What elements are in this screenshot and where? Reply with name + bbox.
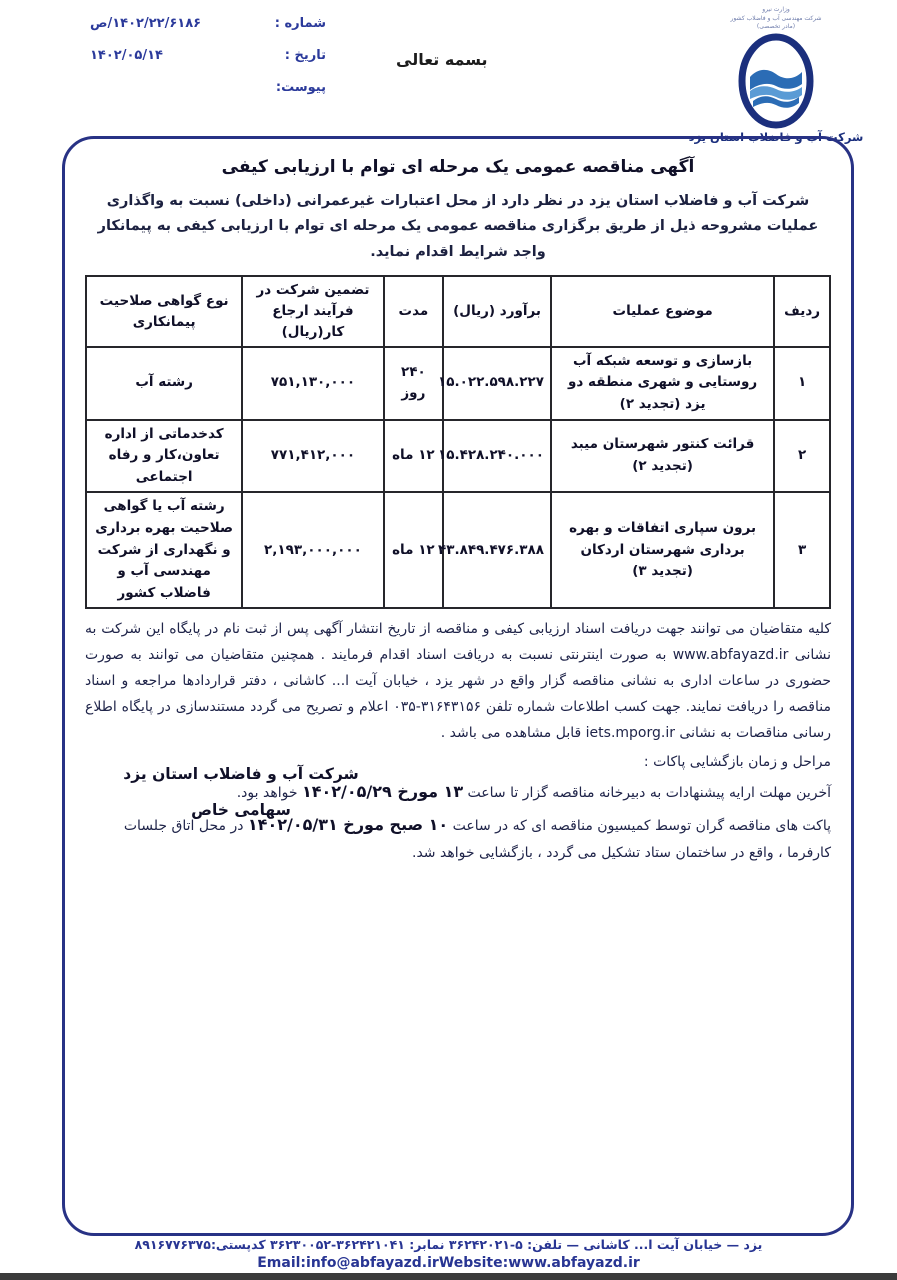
cell-subject: برون سپاری اتفاقات و بهره برداری شهرستان… <box>551 492 774 608</box>
letter-number-label: شماره : <box>275 16 326 31</box>
cell-certificate: رشته آب یا گواهی صلاحیت بهره برداری و نگ… <box>86 492 242 608</box>
company-logo: وزارت نیرو شرکت مهندسی آب و فاضلاب کشور … <box>669 6 883 144</box>
logo-ministry-line1: وزارت نیرو <box>669 6 883 15</box>
cell-certificate: رشته آب <box>86 347 242 420</box>
cell-certificate: کدخدماتی از اداره تعاون،کار و رفاه اجتما… <box>86 420 242 493</box>
letter-date-row: تاریخ : ۱۴۰۲/۰۵/۱۴ <box>90 48 326 63</box>
cell-estimate: ۴۳.۸۴۹.۴۷۶.۳۸۸ <box>443 492 551 608</box>
header-certificate: نوع گواهی صلاحیت پیمانکاری <box>86 276 242 347</box>
cell-guarantee: ۷۵۱,۱۳۰,۰۰۰ <box>242 347 383 420</box>
deadline-pre: آخرین مهلت ارایه پیشنهادات به دبیرخانه م… <box>463 785 831 801</box>
cell-row-number: ۱ <box>774 347 830 420</box>
letter-attachment-row: پیوست: <box>90 80 326 95</box>
logo-ministry-line2: شرکت مهندسی آب و فاضلاب کشور <box>669 15 883 24</box>
cell-guarantee: ۷۷۱,۴۱۲,۰۰۰ <box>242 420 383 493</box>
besmele-text: بسمه تعالی <box>396 50 488 69</box>
letter-attachment-label: پیوست: <box>276 80 326 95</box>
cell-duration: ۲۴۰ روز <box>384 347 444 420</box>
water-waves-icon <box>737 33 815 129</box>
cell-subject: بازسازی و توسعه شبکه آب روستایی و شهری م… <box>551 347 774 420</box>
scanned-tender-letter: { "letterhead": { "number_label": "شماره… <box>0 0 897 1280</box>
cell-estimate: ۱۵.۰۲۲.۵۹۸.۲۲۷ <box>443 347 551 420</box>
footer-address-line: یزد — خیابان آیت ا... کاشانی — تلفن: ۵-۳… <box>0 1237 897 1252</box>
header-duration: مدت <box>384 276 444 347</box>
header-estimate: برآورد (ریال) <box>443 276 551 347</box>
table-row: ۱ بازسازی و توسعه شبکه آب روستایی و شهری… <box>86 347 830 420</box>
signature-block: شرکت آب و فاضلاب استان یزد سهامی خاص <box>107 757 375 828</box>
header-row-number: ردیف <box>774 276 830 347</box>
tender-table: ردیف موضوع عملیات برآورد (ریال) مدت تضمی… <box>85 275 831 609</box>
table-row: ۳ برون سپاری اتفاقات و بهره برداری شهرست… <box>86 492 830 608</box>
cell-guarantee: ۲,۱۹۳,۰۰۰,۰۰۰ <box>242 492 383 608</box>
cell-duration: ۱۲ ماه <box>384 420 444 493</box>
notice-title: آگهی مناقصه عمومی یک مرحله ای توام با ار… <box>85 157 831 177</box>
letter-date-value: ۱۴۰۲/۰۵/۱۴ <box>90 48 163 63</box>
table-row: ۲ قرائت کنتور شهرستان میبد (تجدید ۲) ۱۵.… <box>86 420 830 493</box>
opening-pre: پاکت های مناقصه گران توسط کمیسیون مناقصه… <box>448 818 831 834</box>
cell-row-number: ۲ <box>774 420 830 493</box>
notice-body-paragraph: کلیه متقاضیان می توانند جهت دریافت اسناد… <box>85 617 831 746</box>
letter-number-row: شماره : ۱۴۰۲/۲۲/۶۱۸۶/ص <box>90 16 326 31</box>
notice-box: آگهی مناقصه عمومی یک مرحله ای توام با ار… <box>62 136 854 1236</box>
signature-type: سهامی خاص <box>107 793 375 829</box>
cell-estimate: ۱۵.۴۲۸.۲۴۰.۰۰۰ <box>443 420 551 493</box>
header-guarantee: تضمین شرکت در فرآیند ارجاع کار(ریال) <box>242 276 383 347</box>
signature-company: شرکت آب و فاضلاب استان یزد <box>107 757 375 793</box>
header-subject: موضوع عملیات <box>551 276 774 347</box>
notice-intro: شرکت آب و فاضلاب استان یزد در نظر دارد ا… <box>87 189 829 265</box>
table-header-row: ردیف موضوع عملیات برآورد (ریال) مدت تضمی… <box>86 276 830 347</box>
cell-duration: ۱۲ ماه <box>384 492 444 608</box>
footer-email-website-line: Email:info@abfayazd.irWebsite:www.abfaya… <box>0 1255 897 1271</box>
logo-ministry-line3: (مادر تخصصی) <box>669 23 883 32</box>
cell-row-number: ۳ <box>774 492 830 608</box>
bottom-scan-bar <box>0 1273 897 1280</box>
cell-subject: قرائت کنتور شهرستان میبد (تجدید ۲) <box>551 420 774 493</box>
letter-date-label: تاریخ : <box>285 48 326 63</box>
letterhead-fields: شماره : ۱۴۰۲/۲۲/۶۱۸۶/ص تاریخ : ۱۴۰۲/۰۵/۱… <box>90 16 326 112</box>
letter-number-value: ۱۴۰۲/۲۲/۶۱۸۶/ص <box>90 16 201 31</box>
